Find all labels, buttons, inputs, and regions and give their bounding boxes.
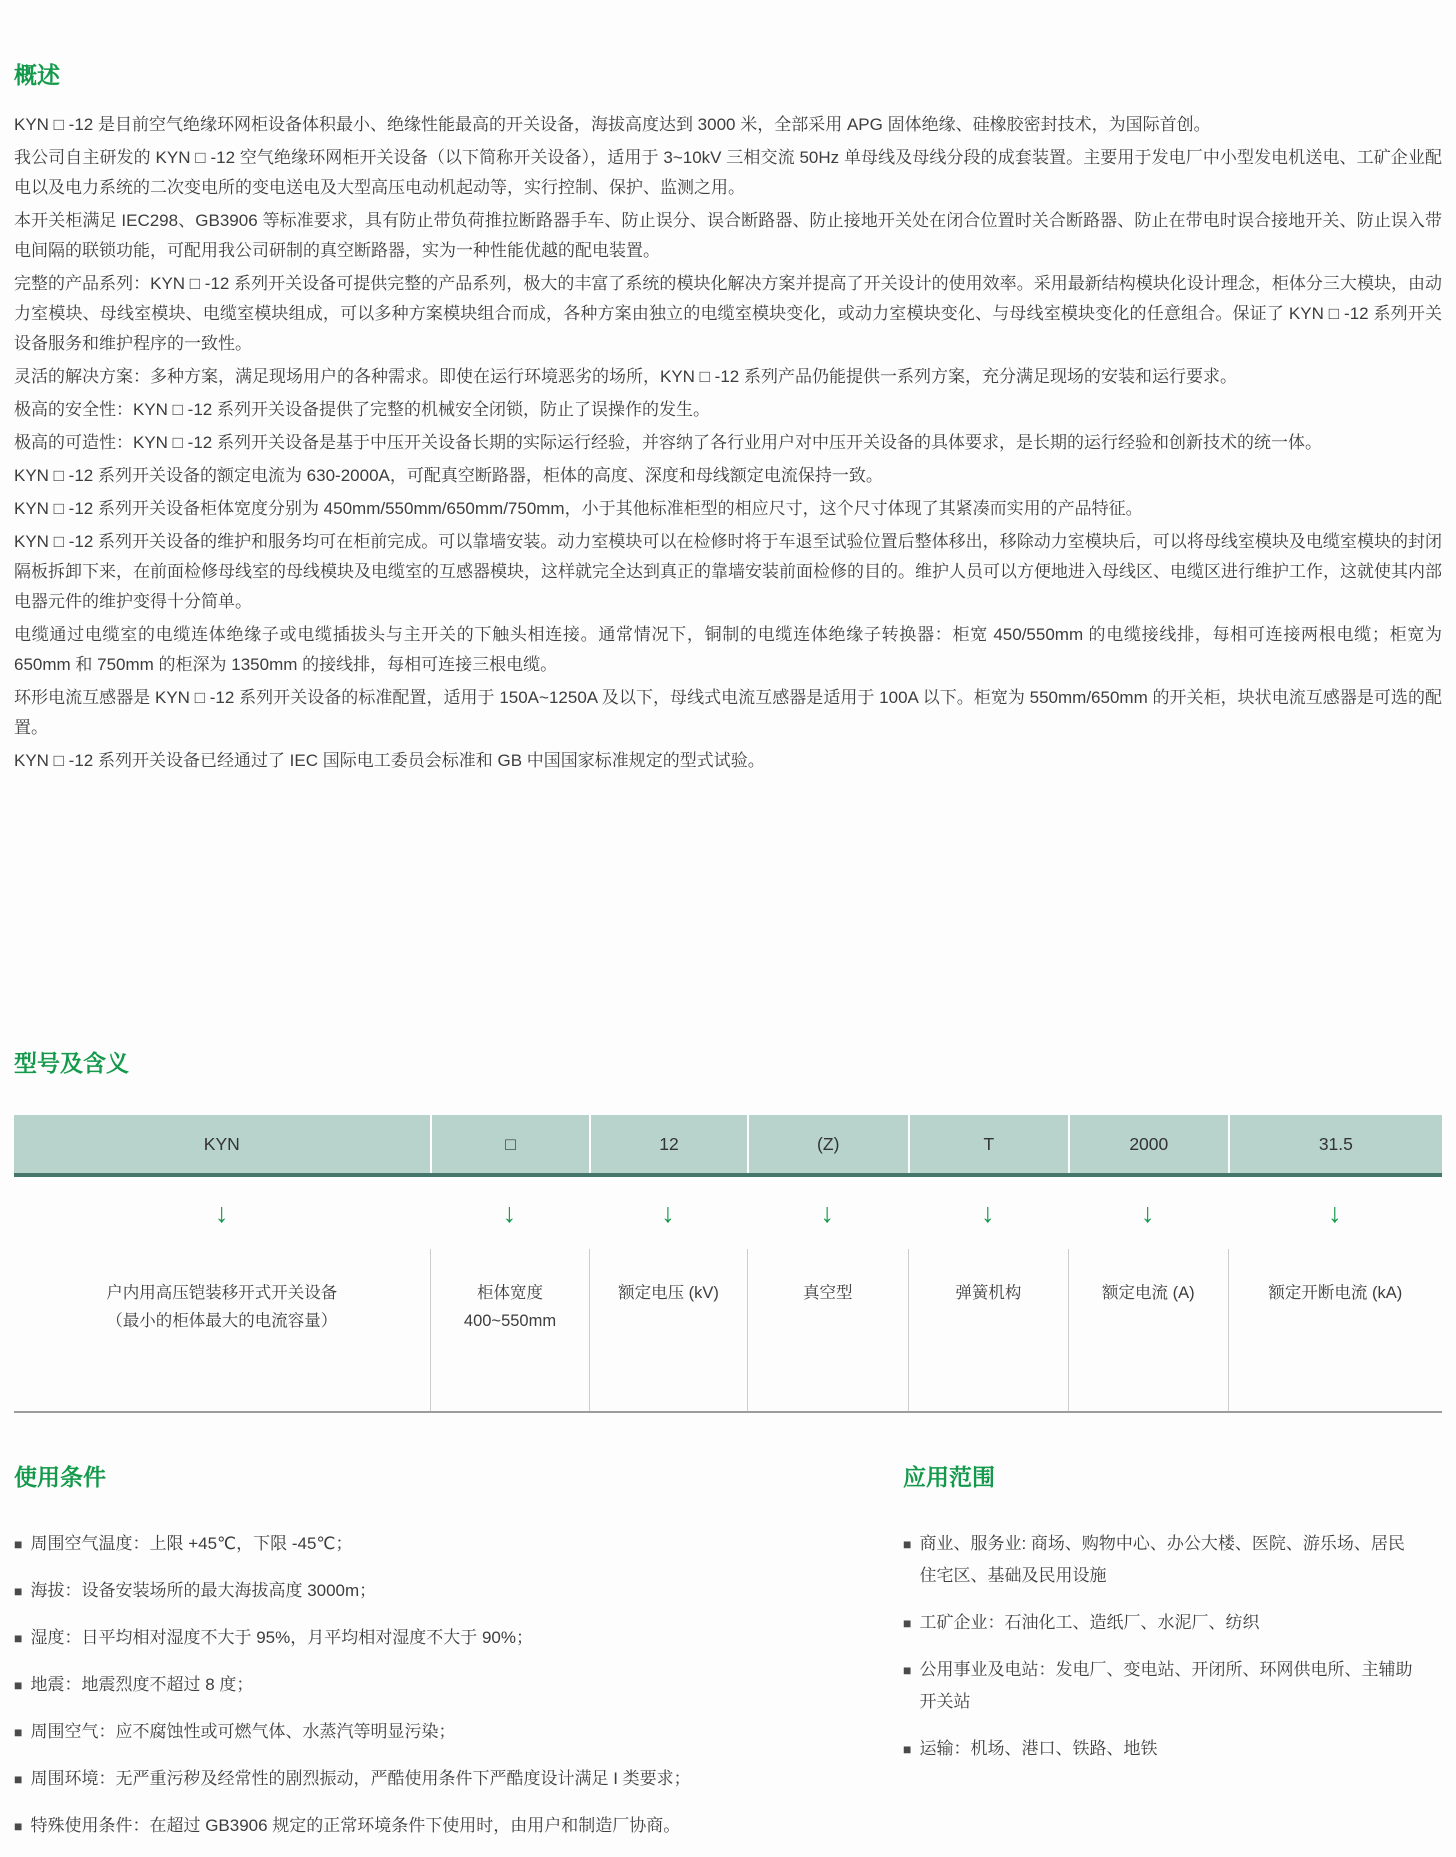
down-arrow-icon: ↓ (14, 1177, 430, 1249)
application-item: ■ 商业、服务业: 商场、购物中心、办公大楼、医院、游乐场、居民住宅区、基础及民… (903, 1528, 1413, 1592)
model-code-cell: 12 (589, 1115, 746, 1173)
condition-item: ■ 周围环境：无严重污秽及经常性的剧烈振动，严酷使用条件下严酷度设计满足 I 类… (14, 1763, 754, 1795)
down-arrow-icon: ↓ (589, 1177, 746, 1249)
model-designation-table: KYN □ 12 (Z) T 2000 31.5 ↓ ↓ ↓ ↓ ↓ ↓ ↓ 户… (14, 1115, 1442, 1413)
overview-paragraph: KYN □ -12 是目前空气绝缘环网柜设备体积最小、绝缘性能最高的开关设备，海… (14, 110, 1442, 140)
condition-item: ■ 特殊使用条件：在超过 GB3906 规定的正常环境条件下使用时，由用户和制造… (14, 1810, 754, 1842)
condition-item: ■ 地震：地震烈度不超过 8 度； (14, 1669, 754, 1701)
overview-paragraph: KYN □ -12 系列开关设备柜体宽度分别为 450mm/550mm/650m… (14, 494, 1442, 524)
bullet-square-icon: ■ (14, 1763, 22, 1795)
model-code-cell: 31.5 (1228, 1115, 1442, 1173)
overview-paragraph: KYN □ -12 系列开关设备已经通过了 IEC 国际电工委员会标准和 GB … (14, 746, 1442, 776)
model-meaning-section: 型号及含义 KYN □ 12 (Z) T 2000 31.5 ↓ ↓ ↓ ↓ ↓… (14, 1048, 1442, 1413)
overview-paragraph: 我公司自主研发的 KYN □ -12 空气绝缘环网柜开关设备（以下简称开关设备）… (14, 143, 1442, 203)
model-code-cell: (Z) (747, 1115, 908, 1173)
bullet-square-icon: ■ (14, 1575, 22, 1607)
condition-item: ■ 海拔：设备安装场所的最大海拔高度 3000m； (14, 1575, 754, 1607)
bullet-square-icon: ■ (903, 1733, 911, 1765)
down-arrow-icon: ↓ (908, 1177, 1068, 1249)
condition-item: ■ 湿度：日平均相对湿度不大于 95%，月平均相对湿度不大于 90%； (14, 1622, 754, 1654)
model-desc-cell: 额定电流 (A) (1068, 1249, 1228, 1411)
bullet-square-icon: ■ (14, 1810, 22, 1842)
model-description-row: 户内用高压铠装移开式开关设备 （最小的柜体最大的电流容量） 柜体宽度 400~5… (14, 1249, 1442, 1413)
application-item-label: 工矿企业：石油化工、造纸厂、水泥厂、纺织 (919, 1607, 1413, 1639)
condition-item-label: 海拔：设备安装场所的最大海拔高度 3000m； (30, 1575, 754, 1607)
model-code-row: KYN □ 12 (Z) T 2000 31.5 (14, 1115, 1442, 1177)
model-desc-cell: 户内用高压铠装移开式开关设备 （最小的柜体最大的电流容量） (14, 1249, 430, 1411)
condition-item-label: 湿度：日平均相对湿度不大于 95%，月平均相对湿度不大于 90%； (30, 1622, 754, 1654)
application-item: ■ 工矿企业：石油化工、造纸厂、水泥厂、纺织 (903, 1607, 1413, 1639)
bullet-square-icon: ■ (14, 1716, 22, 1748)
application-scope-title: 应用范围 (903, 1462, 1413, 1492)
overview-paragraph: 电缆通过电缆室的电缆连体绝缘子或电缆插拔头与主开关的下触头相连接。通常情况下，铜… (14, 620, 1442, 680)
application-scope-section: 应用范围 ■ 商业、服务业: 商场、购物中心、办公大楼、医院、游乐场、居民住宅区… (903, 1462, 1413, 1780)
application-item: ■ 公用事业及电站：发电厂、变电站、开闭所、环网供电所、主辅助开关站 (903, 1654, 1413, 1718)
condition-item-label: 地震：地震烈度不超过 8 度； (30, 1669, 754, 1701)
model-code-cell: 2000 (1068, 1115, 1228, 1173)
service-conditions-title: 使用条件 (14, 1462, 754, 1492)
overview-paragraph: 完整的产品系列：KYN □ -12 系列开关设备可提供完整的产品系列，极大的丰富… (14, 269, 1442, 359)
overview-paragraph: 极高的安全性：KYN □ -12 系列开关设备提供了完整的机械安全闭锁，防止了误… (14, 395, 1442, 425)
overview-paragraph: KYN □ -12 系列开关设备的额定电流为 630-2000A，可配真空断路器… (14, 461, 1442, 491)
model-code-cell: KYN (14, 1115, 430, 1173)
application-item-label: 运输：机场、港口、铁路、地铁 (919, 1733, 1413, 1765)
condition-item-label: 周围空气：应不腐蚀性或可燃气体、水蒸汽等明显污染； (30, 1716, 754, 1748)
down-arrow-icon: ↓ (1228, 1177, 1442, 1249)
down-arrow-icon: ↓ (430, 1177, 590, 1249)
bullet-square-icon: ■ (14, 1669, 22, 1701)
condition-item: ■ 周围空气温度：上限 +45℃，下限 -45℃； (14, 1528, 754, 1560)
model-desc-cell: 额定开断电流 (kA) (1228, 1249, 1442, 1411)
model-desc-cell: 弹簧机构 (908, 1249, 1068, 1411)
application-item-label: 商业、服务业: 商场、购物中心、办公大楼、医院、游乐场、居民住宅区、基础及民用设… (919, 1528, 1413, 1592)
arrow-row: ↓ ↓ ↓ ↓ ↓ ↓ ↓ (14, 1177, 1442, 1249)
model-desc-cell: 柜体宽度 400~550mm (430, 1249, 590, 1411)
service-conditions-section: 使用条件 ■ 周围空气温度：上限 +45℃，下限 -45℃； ■ 海拔：设备安装… (14, 1462, 754, 1857)
model-code-cell: □ (430, 1115, 590, 1173)
model-desc-cell: 额定电压 (kV) (589, 1249, 746, 1411)
model-meaning-title: 型号及含义 (14, 1048, 1442, 1078)
bullet-square-icon: ■ (14, 1528, 22, 1560)
condition-item: ■ 周围空气：应不腐蚀性或可燃气体、水蒸汽等明显污染； (14, 1716, 754, 1748)
overview-paragraph: 环形电流互感器是 KYN □ -12 系列开关设备的标准配置，适用于 150A~… (14, 683, 1442, 743)
model-code-cell: T (908, 1115, 1068, 1173)
bullet-square-icon: ■ (14, 1622, 22, 1654)
bullet-square-icon: ■ (903, 1607, 911, 1639)
down-arrow-icon: ↓ (1068, 1177, 1228, 1249)
condition-item-label: 特殊使用条件：在超过 GB3906 规定的正常环境条件下使用时，由用户和制造厂协… (30, 1810, 754, 1842)
overview-section: 概述 KYN □ -12 是目前空气绝缘环网柜设备体积最小、绝缘性能最高的开关设… (14, 60, 1442, 779)
condition-item-label: 周围空气温度：上限 +45℃，下限 -45℃； (30, 1528, 754, 1560)
application-item-label: 公用事业及电站：发电厂、变电站、开闭所、环网供电所、主辅助开关站 (919, 1654, 1413, 1718)
condition-item-label: 周围环境：无严重污秽及经常性的剧烈振动，严酷使用条件下严酷度设计满足 I 类要求… (30, 1763, 754, 1795)
model-desc-cell: 真空型 (747, 1249, 908, 1411)
application-item: ■ 运输：机场、港口、铁路、地铁 (903, 1733, 1413, 1765)
bullet-square-icon: ■ (903, 1528, 911, 1592)
overview-paragraph: KYN □ -12 系列开关设备的维护和服务均可在柜前完成。可以靠墙安装。动力室… (14, 527, 1442, 617)
down-arrow-icon: ↓ (747, 1177, 908, 1249)
overview-paragraph: 灵活的解决方案：多种方案，满足现场用户的各种需求。即使在运行环境恶劣的场所，KY… (14, 362, 1442, 392)
overview-title: 概述 (14, 60, 1442, 90)
overview-paragraph: 极高的可造性：KYN □ -12 系列开关设备是基于中压开关设备长期的实际运行经… (14, 428, 1442, 458)
overview-paragraph: 本开关柜满足 IEC298、GB3906 等标准要求，具有防止带负荷推拉断路器手… (14, 206, 1442, 266)
bullet-square-icon: ■ (903, 1654, 911, 1718)
